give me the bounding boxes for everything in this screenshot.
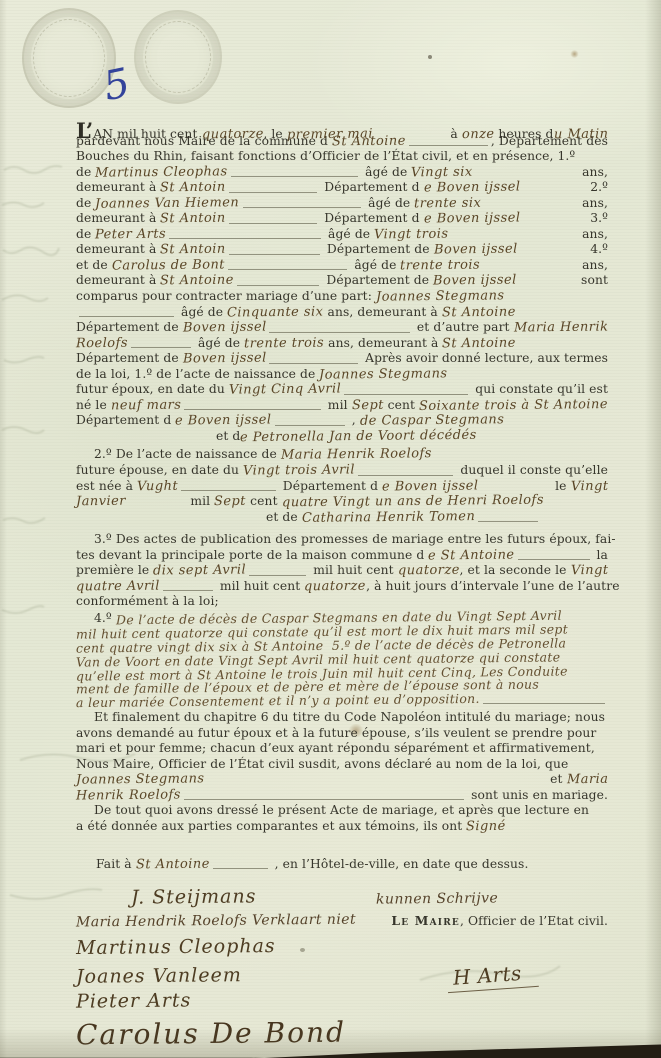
blue-pen-archival-mark: 5: [99, 60, 133, 110]
ruled-blank-line: [478, 521, 538, 522]
printed-text: Fait à: [96, 857, 136, 871]
doc-line: Et finalement du chapitre 6 du titre du …: [76, 710, 608, 726]
printed-text: de: [76, 227, 95, 241]
doc-line: mari et pour femme; chacun d’eux ayant r…: [76, 741, 608, 757]
handwritten-text: onze: [462, 127, 495, 142]
printed-text: , à huit jours d’intervale l’une de l’au…: [366, 579, 619, 593]
ink-speck: [428, 55, 432, 59]
doc-line: Pieter Arts: [76, 990, 608, 1017]
handwritten-text: Joanes Vanleem: [76, 964, 242, 988]
handwritten-text: quatorze: [304, 579, 366, 595]
doc-line: Nous Maire, Officier de l’État civil sus…: [76, 757, 608, 773]
doc-line: 3.º Des actes de publication des promess…: [76, 532, 608, 548]
ruled-blank-line: [184, 409, 321, 410]
printed-text: Après avoir donné lecture, aux termes: [361, 351, 608, 365]
printed-text: mil huit cent: [309, 563, 397, 577]
printed-text: Département de: [76, 320, 183, 334]
printed-text: Département d: [279, 479, 382, 493]
doc-line: a été donnée aux parties comparantes et …: [76, 819, 608, 835]
doc-line: tes devant la principale porte de la mai…: [76, 548, 608, 564]
handwritten-text: trente six: [414, 195, 481, 211]
doc-line: J. Steijmanskunnen Schrijve: [76, 886, 608, 913]
handwritten-text: Boven ijssel: [183, 351, 267, 367]
printed-text: âgé de: [177, 305, 227, 319]
handwritten-text: Soixante trois à St Antoine: [419, 397, 608, 414]
doc-line: Henrik Roelofs sont unis en mariage.: [76, 788, 608, 804]
doc-line: Joannes Stegmanset Maria: [76, 772, 608, 788]
doc-line: Roelofs âgé de trente trois ans, demeura…: [76, 336, 608, 352]
handwritten-text: Sept: [352, 398, 384, 413]
handwritten-text: St Antoine: [442, 335, 516, 351]
printed-text: demeurant à: [76, 242, 160, 256]
handwritten-text: Janvier: [76, 494, 126, 510]
ruled-blank-line: [229, 223, 317, 224]
handwritten-text: Joannes Stegmans: [76, 772, 205, 788]
ruled-blank-line: [269, 332, 409, 333]
doc-line: L’AN mil huit cent quatorze, le premier …: [76, 118, 608, 134]
handwritten-text: a leur mariée Consentement et il n’y a p…: [76, 691, 480, 710]
handwritten-text: Joannes Van Hiemen: [95, 195, 239, 212]
doc-line: Martinus Cleophas: [76, 936, 608, 963]
doc-line: Maria Hendrik Roelofs Verklaart nietLe M…: [76, 913, 608, 936]
doc-line: Département de Boven ijssel et d’autre p…: [76, 320, 608, 336]
printed-text: et de: [266, 510, 302, 524]
document-text-block: L’AN mil huit cent quatorze, le premier …: [76, 118, 608, 1058]
embossed-seal-stamp: [22, 8, 116, 108]
ruled-blank-line: [228, 269, 348, 270]
doc-line: est née à Vught Département d e Boven ij…: [76, 479, 608, 495]
handwritten-text: Vingt six: [411, 164, 473, 180]
ink-stain: [570, 50, 579, 58]
printed-text: Département de: [323, 242, 434, 256]
doc-line: demeurant à St Antoin Département de Bov…: [76, 242, 608, 258]
handwritten-text: quatorze: [398, 563, 460, 579]
printed-text: âgé de: [364, 196, 414, 210]
printed-text: âgé de: [324, 227, 374, 241]
printed-text: Département de: [76, 351, 183, 365]
printed-text: Nous Maire, Officier de l’État civil sus…: [76, 757, 568, 771]
handwritten-text: e Boven ijssel: [424, 180, 521, 196]
doc-line: pardevant nous Maire de la commune d St …: [76, 134, 608, 150]
printed-text: tes devant la principale porte de la mai…: [76, 548, 428, 562]
printed-text: à: [450, 127, 461, 141]
handwritten-text: St Antoin: [160, 180, 226, 196]
printed-text: et d’autre part: [413, 320, 514, 334]
printed-text: et d: [216, 429, 240, 443]
doc-line: quatre Avril mil huit cent quatorze, à h…: [76, 579, 608, 595]
handwritten-text: Joannes Stegmans: [376, 288, 505, 304]
handwritten-text: e Boven ijssel: [424, 211, 521, 227]
ruled-blank-line: [131, 347, 191, 348]
doc-line: de Joannes Van Hiemen âgé de trente sixa…: [76, 196, 608, 212]
doc-line: né le neuf mars mil Sept cent Soixante t…: [76, 398, 608, 414]
printed-text: demeurant à: [76, 180, 160, 194]
printed-text: cent: [246, 494, 281, 508]
doc-line: Janviermil Sept cent quatre Vingt un ans…: [76, 494, 608, 510]
handwritten-text: kunnen Schrijve: [376, 890, 498, 907]
handwritten-text: dix sept Avril: [153, 563, 246, 579]
printed-text: Département de: [322, 273, 433, 287]
handwritten-text: Pieter Arts: [76, 990, 192, 1013]
handwritten-text: e Petronella Jan de Voort décédés: [240, 428, 477, 445]
doc-line: et de Petronella Jan de Voort décédés: [76, 429, 608, 445]
handwritten-text: Maria Hendrik Roelofs Verklaart niet: [76, 912, 356, 931]
doc-line: de Martinus Cleophas âgé de Vingt sixans…: [76, 165, 608, 181]
ruled-blank-line: [213, 868, 268, 869]
doc-line: Bouches du Rhin, faisant fonctions d’Off…: [76, 149, 608, 165]
printed-text: de: [76, 165, 95, 179]
doc-line: demeurant à St Antoin Département d e Bo…: [76, 180, 608, 196]
ruled-blank-line: [237, 285, 319, 286]
printed-text: né le: [76, 398, 111, 412]
ruled-blank-line: [358, 475, 453, 476]
printed-text: Le Maire: [391, 913, 460, 928]
handwritten-text: Carolus de Bont: [112, 257, 225, 273]
handwritten-text: u Matin: [553, 127, 608, 143]
doc-line: Département d e Boven ijssel , de Caspar…: [76, 413, 608, 429]
handwritten-text: St Antoine: [442, 304, 516, 320]
printed-text: mil: [190, 494, 214, 508]
handwritten-text: Maria Henrik Roelofs: [281, 447, 432, 464]
printed-text: futur époux, en date du: [76, 382, 229, 396]
handwritten-text: e Boven ijssel: [382, 478, 479, 494]
doc-line: âgé de Cinquante six ans, demeurant à St…: [76, 305, 608, 321]
ruled-blank-line: [169, 238, 321, 239]
printed-text: duquel il conste qu’elle: [456, 463, 608, 477]
printed-text: Et finalement du chapitre 6 du titre du …: [94, 710, 605, 724]
printed-text: sont: [581, 273, 608, 287]
doc-line: première le dix sept Avril mil huit cent…: [76, 563, 608, 579]
handwritten-text: Sept: [214, 494, 246, 509]
handwritten-text: quatre Vingt un ans de Henri Roelofs: [282, 493, 544, 511]
printed-text: demeurant à: [76, 211, 160, 225]
ruled-blank-line: [518, 559, 590, 560]
ruled-blank-line: [275, 425, 345, 426]
handwritten-text: e St Antoine: [428, 547, 515, 563]
doc-line: De tout quoi avons dressé le présent Act…: [76, 803, 608, 819]
doc-line: de Peter Arts âgé de Vingt troisans,: [76, 227, 608, 243]
printed-text: , Officier de l’Etat civil.: [460, 914, 608, 928]
paper-right-crease: [645, 0, 661, 1058]
handwritten-text: Henrik Roelofs: [76, 787, 181, 803]
printed-text: et: [550, 772, 566, 786]
handwritten-text: e Boven ijssel: [175, 413, 272, 429]
doc-line: avons demandé au futur époux et à la fut…: [76, 726, 608, 742]
handwritten-text: Vingt: [570, 478, 608, 493]
doc-line: demeurant à St Antoin Département d e Bo…: [76, 211, 608, 227]
doc-line: a leur mariée Consentement et il n’y a p…: [76, 693, 608, 707]
printed-text: demeurant à: [76, 273, 160, 287]
handwritten-text: de Caspar Stegmans: [360, 413, 504, 430]
handwritten-text: Signé: [466, 819, 506, 834]
handwritten-text: Catharina Henrik Tomen: [302, 509, 475, 526]
doc-line: ment de famille de l’époux et de père et…: [76, 679, 608, 693]
doc-line: comparus pour contracter mariage d’une p…: [76, 289, 608, 305]
printed-text: ,: [348, 413, 360, 427]
ruled-blank-line: [229, 254, 320, 255]
handwritten-text: neuf mars: [111, 397, 182, 413]
printed-text: , et la seconde le: [460, 563, 571, 577]
printed-text: de la loi, 1.º de l’acte de naissance de: [76, 367, 319, 381]
paper-left-edge-shadow: [0, 0, 7, 1058]
printed-text: 2.º De l’acte de naissance de: [94, 447, 281, 461]
handwritten-text: Vingt trois: [374, 226, 449, 242]
ruled-blank-line: [184, 799, 464, 800]
printed-text: 3.º Des actes de publication des promess…: [94, 532, 616, 546]
printed-text: et de: [76, 258, 112, 272]
ruled-blank-line: [483, 703, 605, 704]
printed-text: conformément à la loi;: [76, 594, 219, 608]
doc-line: Département de Boven ijssel Après avoir …: [76, 351, 608, 367]
printed-text: ans,: [582, 165, 608, 179]
ruled-blank-line: [344, 394, 468, 395]
printed-text: De tout quoi avons dressé le présent Act…: [94, 803, 589, 817]
handwritten-text: J. Steijmans: [131, 885, 257, 908]
printed-text: qui constate qu’il est: [471, 382, 608, 396]
printed-text: Département d: [320, 180, 423, 194]
printed-text: 4.º: [94, 611, 116, 625]
printed-text: 2.º: [590, 180, 608, 194]
doc-line: demeurant à St Antoine Département de Bo…: [76, 273, 608, 289]
printed-text: mari et pour femme; chacun d’eux ayant r…: [76, 741, 595, 755]
handwritten-text: quatorze: [201, 127, 263, 143]
handwritten-text: Boven ijssel: [434, 242, 518, 258]
handwritten-text: Peter Arts: [95, 226, 166, 242]
printed-text: le: [555, 479, 570, 493]
handwritten-text: St Antoine: [136, 856, 210, 872]
printed-text: 3.º: [590, 211, 608, 225]
printed-text: 4.º: [590, 242, 608, 256]
printed-text: ans,: [582, 258, 608, 272]
printed-text: première le: [76, 563, 153, 577]
printed-text: Département d: [76, 413, 175, 427]
printed-text: ans,: [582, 227, 608, 241]
handwritten-text: trente trois: [244, 335, 324, 351]
printed-text: âgé de: [194, 336, 244, 350]
printed-text: avons demandé au futur époux et à la fut…: [76, 726, 596, 740]
ruled-blank-line: [409, 145, 488, 146]
printed-text: ans, demeurant à: [324, 336, 442, 350]
ruled-blank-line: [229, 192, 317, 193]
handwritten-text: quatre Avril: [76, 578, 160, 594]
ruled-blank-line: [163, 590, 213, 591]
handwritten-text: Maria: [566, 772, 608, 787]
handwritten-text: Maria Henrik: [514, 320, 609, 336]
printed-text: ans,: [582, 196, 608, 210]
handwritten-text: Joannes Stegmans: [319, 366, 448, 382]
doc-line: et de Catharina Henrik Tomen: [76, 510, 608, 526]
handwritten-text: Vingt trois Avril: [243, 462, 355, 478]
ruled-blank-line: [243, 207, 362, 208]
handwritten-text: St Antoin: [160, 211, 226, 227]
doc-line: Joanes VanleemH Arts: [76, 963, 608, 990]
printed-text: cent: [384, 398, 419, 412]
printed-text: comparus pour contracter mariage d’une p…: [76, 289, 376, 303]
printed-text: mil: [324, 398, 352, 412]
printed-text: âgé de: [350, 258, 400, 272]
handwritten-text: Vingt Cinq Avril: [229, 382, 341, 398]
doc-line: future épouse, en date du Vingt trois Av…: [76, 463, 608, 479]
ruled-blank-line: [79, 316, 174, 317]
handwritten-text: St Antoin: [160, 242, 226, 258]
ruled-blank-line: [269, 363, 358, 364]
ruled-blank-line: [231, 176, 358, 177]
handwritten-text: Boven ijssel: [183, 320, 267, 336]
marriage-act-document-page: 5 L’AN mil huit cent quatorze, le premie…: [0, 0, 661, 1058]
handwritten-text: Martinus Cleophas: [76, 935, 276, 959]
handwritten-text: Martinus Cleophas: [95, 164, 228, 180]
handwritten-text: St Antoine: [160, 273, 234, 289]
handwritten-text: Vingt: [570, 563, 608, 578]
printed-text: a été donnée aux parties comparantes et …: [76, 819, 466, 833]
printed-text: la: [593, 548, 608, 562]
ruled-blank-line: [249, 575, 306, 576]
printed-text: Bouches du Rhin, faisant fonctions d’Off…: [76, 149, 575, 163]
doc-line: de la loi, 1.º de l’acte de naissance de…: [76, 367, 608, 383]
printed-text: âgé de: [361, 165, 411, 179]
handwritten-text: trente trois: [400, 258, 480, 274]
printed-text: ans, demeurant à: [324, 305, 442, 319]
handwritten-text: St Antoine: [332, 133, 406, 149]
ruled-blank-line: [181, 490, 276, 491]
printed-text: future épouse, en date du: [76, 463, 243, 477]
handwritten-text: Vught: [137, 478, 178, 493]
printed-text: mil huit cent: [216, 579, 304, 593]
doc-line: et de Carolus de Bont âgé de trente troi…: [76, 258, 608, 274]
embossed-seal-stamp: [134, 10, 222, 104]
printed-text: Département d: [320, 211, 423, 225]
doc-line: 2.º De l’acte de naissance de Maria Henr…: [76, 447, 608, 463]
handwritten-text: Cinquante six: [227, 304, 324, 320]
handwritten-text: Roelofs: [76, 335, 128, 351]
handwritten-text: Boven ijssel: [433, 273, 517, 289]
doc-line: futur époux, en date du Vingt Cinq Avril…: [76, 382, 608, 398]
printed-text: , en l’Hôtel-de-ville, en date que dessu…: [271, 857, 529, 871]
doc-line: Fait à St Antoine , en l’Hôtel-de-ville,…: [76, 857, 608, 873]
handwritten-text: H Arts: [446, 960, 538, 993]
printed-text: sont unis en mariage.: [467, 788, 608, 802]
printed-text: est née à: [76, 479, 137, 493]
printed-text: de: [76, 196, 95, 210]
